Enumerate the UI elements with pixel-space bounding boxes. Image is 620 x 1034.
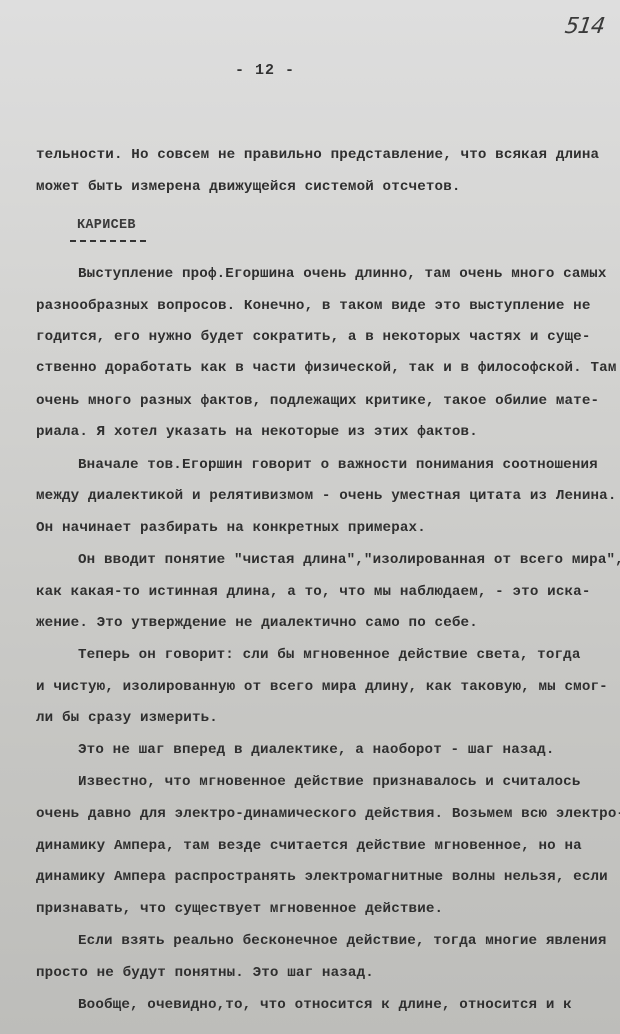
text-line: и чистую, изолированную от всего мира дл… <box>36 678 608 696</box>
text-line: Он начинает разбирать на конкретных прим… <box>36 519 426 537</box>
text-line: Если взять реально бесконечное действие,… <box>78 932 607 950</box>
text-line: ли бы сразу измерить. <box>36 709 218 727</box>
text-line: Он вводит понятие "чистая длина","изолир… <box>78 551 620 569</box>
text-line: разнообразных вопросов. Конечно, в таком… <box>36 297 591 315</box>
text-line: может быть измерена движущейся системой … <box>36 178 461 196</box>
text-line: очень много разных фактов, подлежащих кр… <box>36 392 599 410</box>
text-line: как какая-то истинная длина, а то, что м… <box>36 583 591 601</box>
text-line: Известно, что мгновенное действие призна… <box>78 773 581 791</box>
text-line: риала. Я хотел указать на некоторые из э… <box>36 423 478 441</box>
text-line: Выступление проф.Егоршина очень длинно, … <box>78 265 607 283</box>
text-line: тельности. Но совсем не правильно предст… <box>36 146 599 164</box>
document-page: 514 - 12 - КАРИСЕВ тельности. Но совсем … <box>0 0 620 1034</box>
text-line: Вообще, очевидно,то, что относится к дли… <box>78 996 572 1014</box>
text-line: Вначале тов.Егоршин говорит о важности п… <box>78 456 598 474</box>
text-line: жение. Это утверждение не диалектично са… <box>36 614 478 632</box>
text-line: Это не шаг вперед в диалектике, а наобор… <box>78 741 555 759</box>
text-line: годится, его нужно будет сократить, а в … <box>36 328 591 346</box>
text-line: динамику Ампера распространять электрома… <box>36 868 608 886</box>
page-number: - 12 - <box>0 62 530 79</box>
text-line: признавать, что существует мгновенное де… <box>36 900 443 918</box>
text-line: динамику Ампера, там везде считается дей… <box>36 837 582 855</box>
text-line: ственно доработать как в части физическо… <box>36 359 616 377</box>
text-line: между диалектикой и релятивизмом - очень… <box>36 487 616 505</box>
text-line: просто не будут понятны. Это шаг назад. <box>36 964 374 982</box>
text-line: очень давно для электро-динамического де… <box>36 805 620 823</box>
speaker-underline <box>70 240 146 242</box>
text-line: Теперь он говорит: сли бы мгновенное дей… <box>78 646 581 664</box>
speaker-name: КАРИСЕВ <box>77 218 136 233</box>
archive-number: 514 <box>563 14 606 39</box>
